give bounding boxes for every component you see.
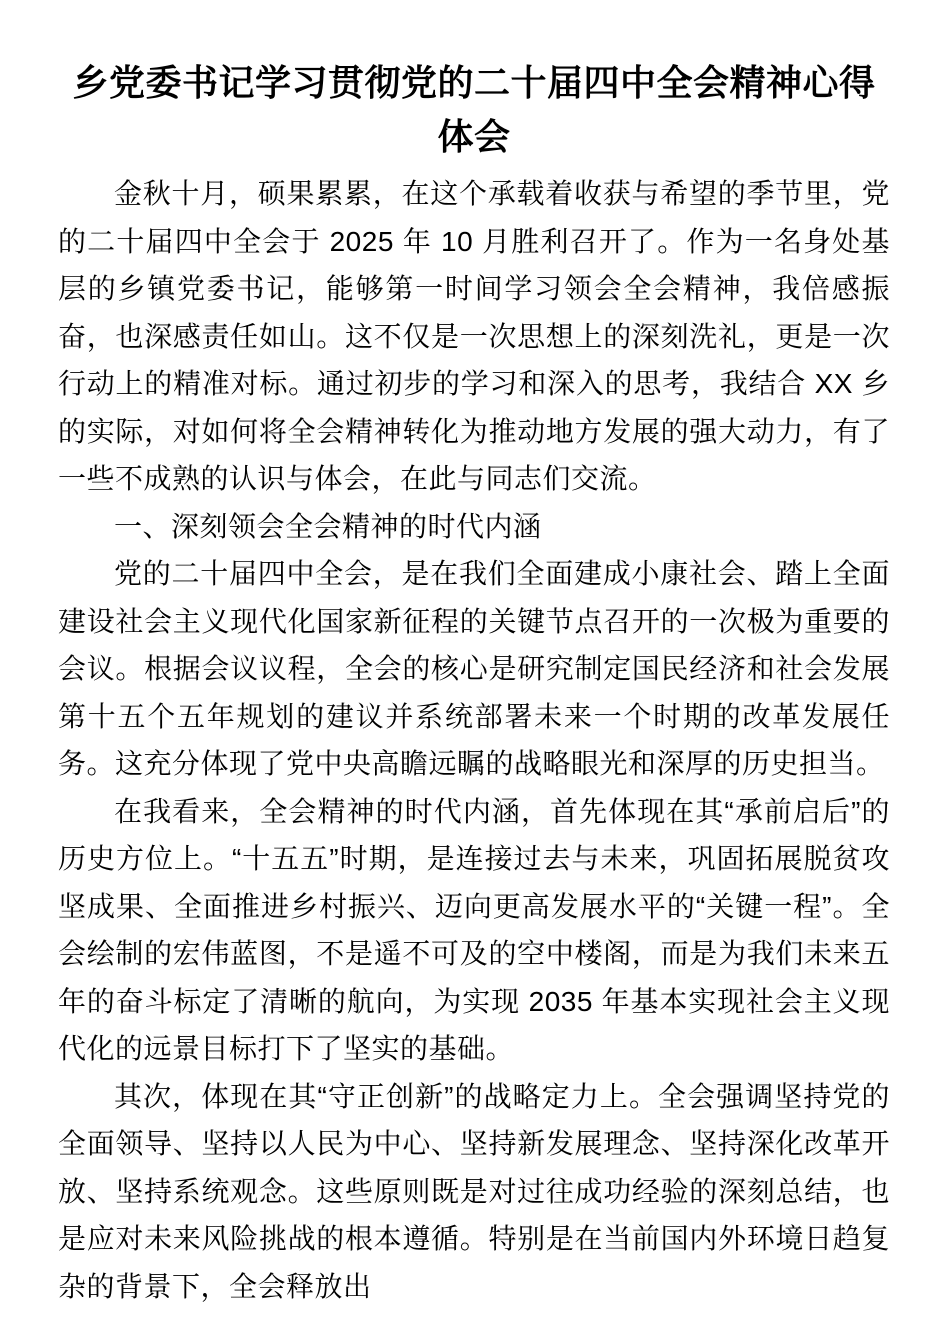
document-body: 金秋十月，硕果累累，在这个承载着收获与希望的季节里，党的二十届四中全会于 202… [58,170,890,1310]
paragraph: 党的二十届四中全会，是在我们全面建成小康社会、踏上全面建设社会主义现代化国家新征… [58,550,890,788]
paragraph: 在我看来，全会精神的时代内涵，首先体现在其“承前启后”的历史方位上。“十五五”时… [58,788,890,1073]
paragraph: 其次，体现在其“守正创新”的战略定力上。全会强调坚持党的全面领导、坚持以人民为中… [58,1073,890,1311]
section-heading: 一、深刻领会全会精神的时代内涵 [58,503,890,551]
document-page: 乡党委书记学习贯彻党的二十届四中全会精神心得体会 金秋十月，硕果累累，在这个承载… [0,0,950,1344]
paragraph: 金秋十月，硕果累累，在这个承载着收获与希望的季节里，党的二十届四中全会于 202… [58,170,890,503]
document-title: 乡党委书记学习贯彻党的二十届四中全会精神心得体会 [58,56,890,164]
